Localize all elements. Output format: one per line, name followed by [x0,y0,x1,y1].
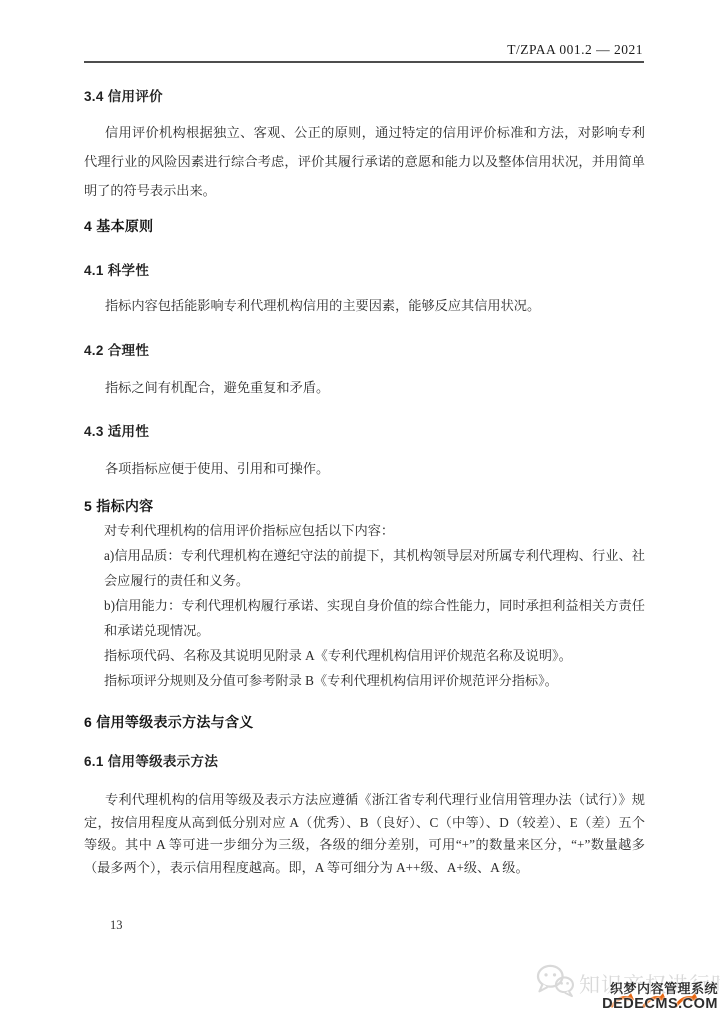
paragraph-6-1: 专利代理机构的信用等级及表示方法应遵循《浙江省专利代理行业信用管理办法（试行）》… [84,789,645,879]
header-rule [84,61,644,63]
document-page: T/ZPAA 001.2 — 2021 3.4 信用评价 信用评价机构根据独立、… [0,0,720,1018]
doc-number: T/ZPAA 001.2 — 2021 [507,42,643,58]
paragraph-5-item-a: a)信用品质：专利代理机构在遵纪守法的前提下，其机构领导层对所属专利代理构、行业… [104,543,645,593]
heading-6-1: 6.1 信用等级表示方法 [84,750,644,770]
heading-4: 4 基本原则 [84,216,644,236]
paragraph-5-item-b: b)信用能力：专利代理机构履行承诺、实现自身价值的综合性能力，同时承担利益相关方… [104,593,645,643]
paragraph-5-intro: 对专利代理机构的信用评价指标应包括以下内容： [104,518,645,543]
paragraph-3-4: 信用评价机构根据独立、客观、公正的原则，通过特定的信用评价标准和方法，对影响专利… [84,118,645,205]
page-number: 13 [110,918,123,933]
section-5-body: 对专利代理机构的信用评价指标应包括以下内容： a)信用品质：专利代理机构在遵纪守… [104,518,645,693]
cms-watermark: 织梦内容管理系统 DEDECMS.COM [602,981,718,1012]
paragraph-4-3: 各项指标应便于使用、引用和可操作。 [84,459,645,479]
paragraph-5-annex-a: 指标项代码、名称及其说明见附录 A《专利代理机构信用评价规范名称及说明》。 [104,643,645,668]
cms-watermark-domain: DEDECMS.COM [602,996,718,1012]
paragraph-4-2: 指标之间有机配合，避免重复和矛盾。 [84,378,645,398]
heading-5: 5 指标内容 [84,496,644,516]
cms-watermark-name: 织梦内容管理系统 [602,981,718,996]
heading-3-4: 3.4 信用评价 [84,85,644,105]
heading-4-1: 4.1 科学性 [84,259,644,279]
wechat-icon [536,964,574,1003]
heading-4-2: 4.2 合理性 [84,339,644,359]
paragraph-5-annex-b: 指标项评分规则及分值可参考附录 B《专利代理机构信用评价规范评分指标》。 [104,668,645,693]
heading-6: 6 信用等级表示方法与含义 [84,712,644,732]
paragraph-4-1: 指标内容包括能影响专利代理机构信用的主要因素，能够反应其信用状况。 [84,296,645,316]
heading-4-3: 4.3 适用性 [84,420,644,440]
